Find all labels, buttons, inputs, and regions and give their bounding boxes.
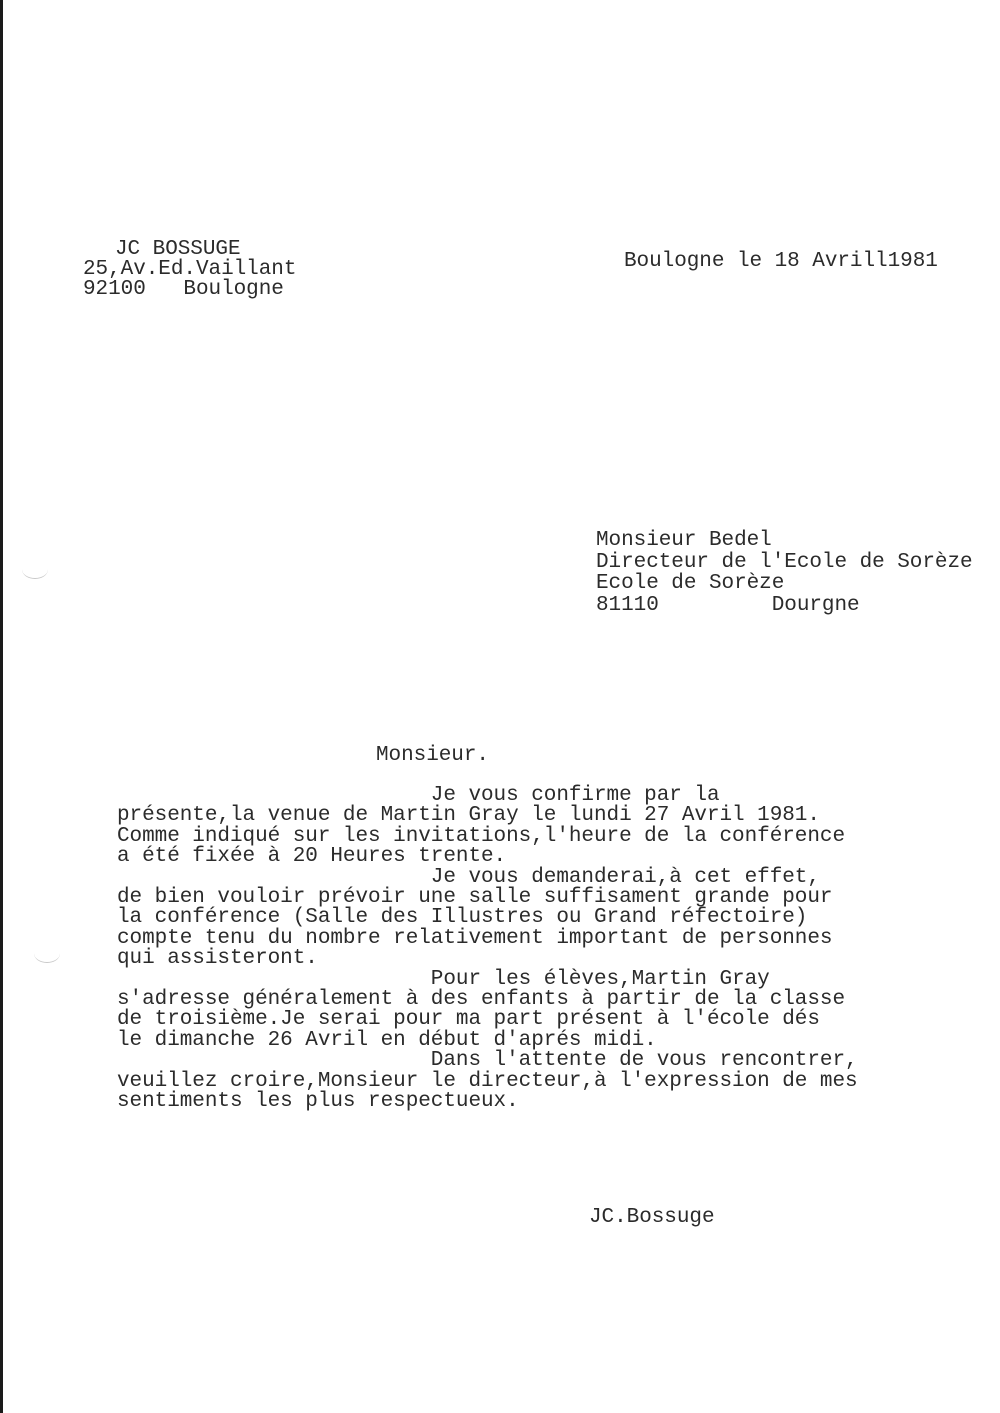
body-line: sentiments les plus respectueux. xyxy=(117,1092,858,1112)
signature: JC.Bossuge xyxy=(589,1208,715,1228)
body-line: de bien vouloir prévoir une salle suffis… xyxy=(117,888,858,908)
body-line: qui assisteront. xyxy=(117,949,858,969)
recipient-line: Monsieur Bedel xyxy=(596,530,973,552)
scan-edge-shadow xyxy=(0,0,3,1413)
body-line: compte tenu du nombre relativement impor… xyxy=(117,929,858,949)
body-line: veuillez croire,Monsieur le directeur,à … xyxy=(117,1072,858,1092)
salutation: Monsieur. xyxy=(376,746,489,766)
body-line: a été fixée à 20 Heures trente. xyxy=(117,847,858,867)
body-line: Je vous demanderai,à cet effet, xyxy=(117,868,858,888)
letter-date: Boulogne le 18 Avrill1981 xyxy=(624,252,938,272)
body-line: s'adresse généralement à des enfants à p… xyxy=(117,990,858,1010)
sender-postal-city: 92100 Boulogne xyxy=(83,280,296,300)
sender-block: JC BOSSUGE 25,Av.Ed.Vaillant 92100 Boulo… xyxy=(83,240,296,300)
body-line: la conférence (Salle des Illustres ou Gr… xyxy=(117,908,858,928)
body-line: présente,la venue de Martin Gray le lund… xyxy=(117,806,858,826)
punch-hole-mark xyxy=(22,560,48,579)
sender-address: 25,Av.Ed.Vaillant xyxy=(83,260,296,280)
letter-page: JC BOSSUGE 25,Av.Ed.Vaillant 92100 Boulo… xyxy=(0,0,1000,1413)
body-line: le dimanche 26 Avril en début d'aprés mi… xyxy=(117,1031,858,1051)
letter-body: Je vous confirme par la présente,la venu… xyxy=(117,786,858,1113)
recipient-block: Monsieur Bedel Directeur de l'Ecole de S… xyxy=(596,530,973,616)
sender-name: JC BOSSUGE xyxy=(83,240,296,260)
body-line: Dans l'attente de vous rencontrer, xyxy=(117,1051,858,1071)
recipient-line: 81110 Dourgne xyxy=(596,595,973,617)
body-line: Je vous confirme par la xyxy=(117,786,858,806)
punch-hole-mark xyxy=(34,944,60,963)
body-line: Pour les élèves,Martin Gray xyxy=(117,970,858,990)
recipient-line: Directeur de l'Ecole de Sorèze xyxy=(596,552,973,574)
body-line: Comme indiqué sur les invitations,l'heur… xyxy=(117,827,858,847)
body-line: de troisième.Je serai pour ma part prése… xyxy=(117,1010,858,1030)
recipient-line: Ecole de Sorèze xyxy=(596,573,973,595)
